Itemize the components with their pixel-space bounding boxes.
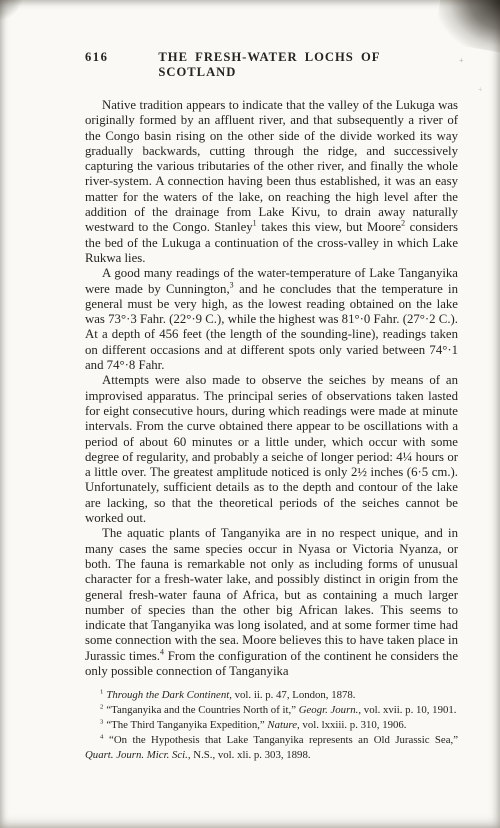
scan-smudge-top-right — [433, 0, 500, 54]
paragraph-water-temperature: A good many readings of the water-temper… — [85, 266, 458, 373]
running-title: THE FRESH-WATER LOCHS OF SCOTLAND — [158, 50, 458, 80]
footnote-2: 2 “Tanganyika and the Countries North of… — [85, 703, 458, 718]
scan-smudge-top-left — [0, 0, 22, 20]
scanned-book-page: + + 616 THE FRESH-WATER LOCHS OF SCOTLAN… — [0, 0, 500, 828]
footnote-1: 1 Through the Dark Continent, vol. ii. p… — [85, 688, 458, 703]
footnote-3: 3 “The Third Tanganyika Expedition,” Nat… — [85, 718, 458, 733]
running-header: 616 THE FRESH-WATER LOCHS OF SCOTLAND — [85, 50, 458, 80]
paragraph-seiches: Attempts were also made to observe the s… — [85, 373, 458, 526]
paragraph-lukuga-valley: Native tradition appears to indicate tha… — [85, 98, 458, 266]
page-number: 616 — [85, 50, 108, 65]
paragraph-flora-fauna: The aquatic plants of Tanganyika are in … — [85, 526, 458, 679]
page-content: 616 THE FRESH-WATER LOCHS OF SCOTLAND Na… — [85, 50, 458, 763]
footnote-4: 4 “On the Hypothesis that Lake Tanganyik… — [85, 733, 458, 763]
page-body: Native tradition appears to indicate tha… — [85, 98, 458, 679]
scan-speck: + — [478, 86, 483, 94]
scan-speck: + — [459, 57, 464, 65]
footnotes-section: 1 Through the Dark Continent, vol. ii. p… — [85, 688, 458, 763]
